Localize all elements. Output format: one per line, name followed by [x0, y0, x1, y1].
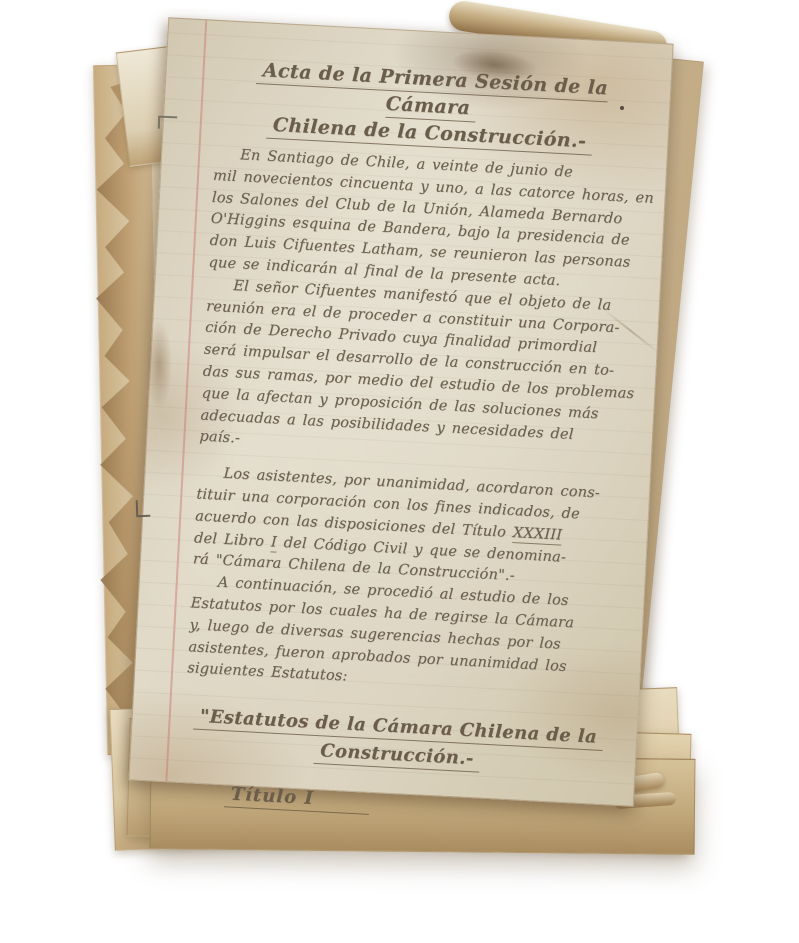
pencil-L-mark: [136, 500, 151, 517]
manuscript-page: Acta de la Primera Sesión de la Cámara C…: [128, 17, 673, 806]
statutes-heading-line-2: Construcción.-: [314, 740, 481, 773]
document-title: Acta de la Primera Sesión de la Cámara C…: [215, 55, 647, 158]
photograph-of-manuscript-stack: Acta de la Primera Sesión de la Cámara C…: [0, 0, 799, 943]
paragraph-4: A continuación, se procedió al estudio d…: [187, 571, 620, 702]
roman-numeral-xxxiii: XXXIII: [512, 525, 562, 546]
paragraph-2: El señor Cifuentes manifestó que el obje…: [199, 274, 636, 471]
pencil-corner-mark: [158, 116, 177, 130]
title-line-1: Acta de la Primera Sesión de la Cámara: [256, 59, 608, 122]
paragraph-1: En Santiago de Chile, a veinte de junio …: [208, 144, 642, 297]
statutes-heading: "Estatutos de la Cámara Chilena de la Co…: [183, 702, 613, 780]
stain: [146, 320, 172, 410]
manuscript-text: Acta de la Primera Sesión de la Cámara C…: [129, 18, 672, 805]
ink-dot: [620, 106, 624, 110]
